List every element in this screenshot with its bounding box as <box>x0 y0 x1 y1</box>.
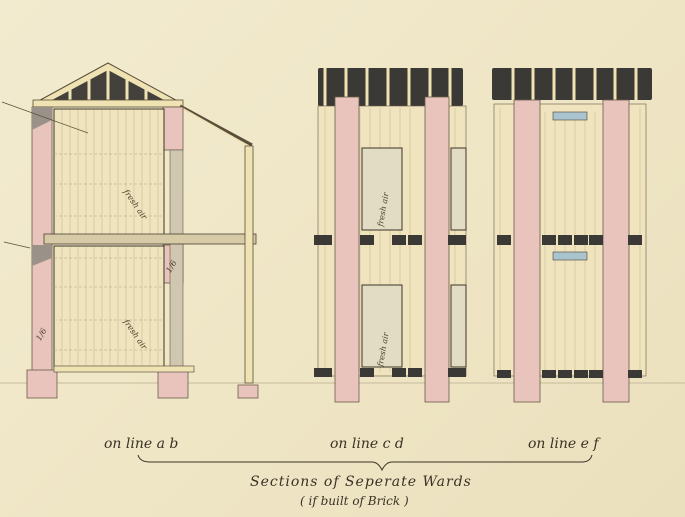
drawing-title: Sections of Seperate Wards <box>250 474 472 490</box>
section-label-ef: on line e f <box>528 436 599 452</box>
section-label-cd: on line c d <box>330 436 404 452</box>
section-label-ab: on line a b <box>104 436 178 452</box>
drawing-subtitle: ( if built of Brick ) <box>300 494 409 508</box>
section-cd <box>314 68 466 402</box>
section-ab <box>2 63 258 398</box>
section-ef <box>492 68 652 402</box>
